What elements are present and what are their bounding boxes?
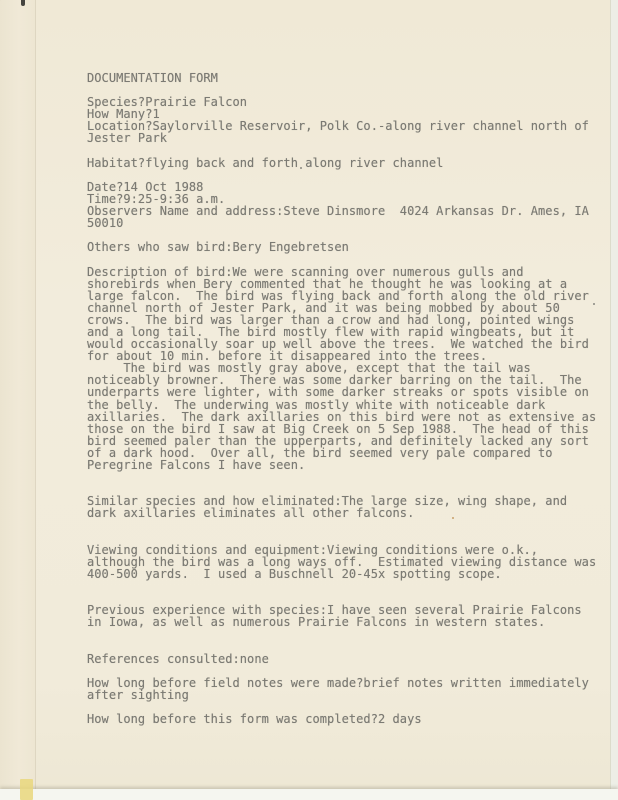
page-left-edge-shade (0, 0, 35, 789)
scan-artifact-speck (21, 0, 25, 6)
page-bottom-scan-edge (0, 789, 618, 800)
page-right-scan-edge (610, 0, 618, 800)
form-title: DOCUMENTATION FORM (87, 72, 607, 84)
similar-species: Similar species and how eliminated:The l… (87, 495, 607, 519)
references: References consulted:none (87, 653, 607, 665)
others-field: Others who saw bird:Bery Engebretsen (87, 241, 607, 253)
species-fields: Species?Prairie Falcon How Many?1 Locati… (87, 96, 607, 144)
viewing-conditions: Viewing conditions and equipment:Viewing… (87, 544, 607, 580)
page-fold-line (35, 0, 36, 789)
previous-experience: Previous experience with species:I have … (87, 604, 607, 628)
date-time-observer-fields: Date?14 Oct 1988 Time?9:25-9:36 a.m. Obs… (87, 181, 607, 229)
field-notes-timing: How long before field notes were made?br… (87, 677, 607, 701)
form-completion-timing: How long before this form was completed?… (87, 713, 607, 725)
yellow-paper-mark (20, 779, 33, 800)
bird-description: Description of bird:We were scanning ove… (87, 266, 607, 472)
typewritten-text: DOCUMENTATION FORM Species?Prairie Falco… (87, 72, 607, 725)
scanned-document-page: DOCUMENTATION FORM Species?Prairie Falco… (0, 0, 618, 800)
habitat-field: Habitat?flying back and forth along rive… (87, 157, 607, 169)
